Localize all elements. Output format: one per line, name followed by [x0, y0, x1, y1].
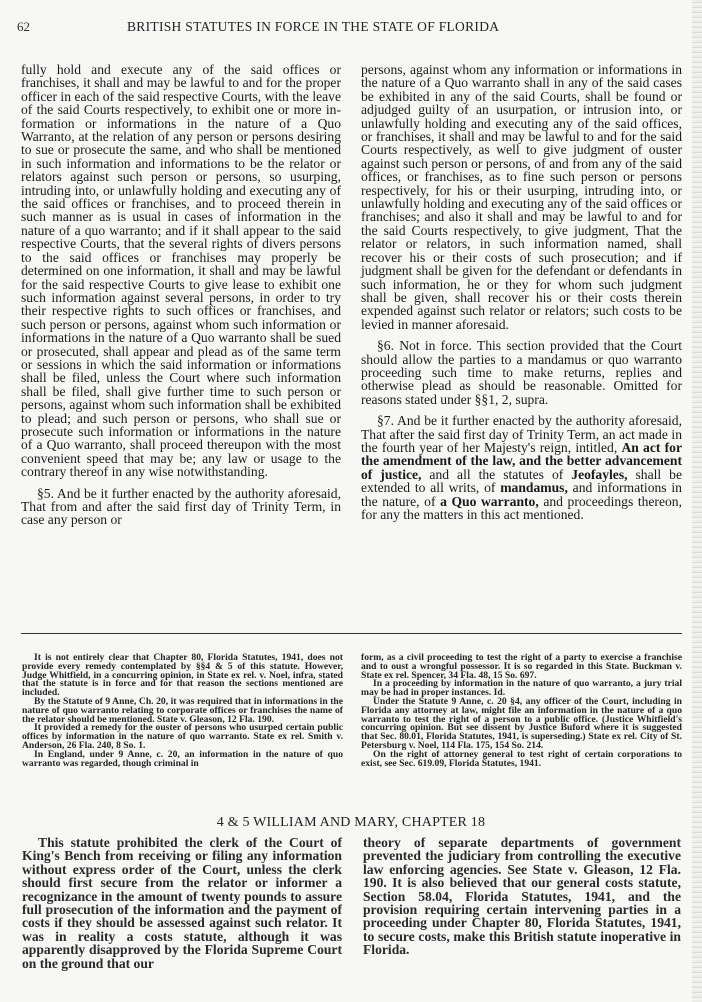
footnotes-right-column: form, as a civil proceeding to test the …: [361, 654, 682, 768]
page-header: 62 BRITISH STATUTES IN FORCE IN THE STAT…: [0, 16, 702, 36]
page-number: 62: [17, 19, 30, 35]
footnote: It is not entirely clear that Chapter 80…: [22, 654, 343, 698]
chapter-heading: 4 & 5 WILLIAM AND MARY, CHAPTER 18: [0, 815, 702, 831]
footnote: By the Statute of 9 Anne, Ch. 20, it was…: [22, 698, 343, 724]
footnotes-left-column: It is not entirely clear that Chapter 80…: [22, 654, 343, 768]
statute-text-right-column: persons, against whom any information or…: [361, 63, 682, 521]
footnote: On the right of attorney general to test…: [361, 751, 682, 769]
section-7: §7. And be it further enacted by the au­…: [361, 414, 682, 521]
footnote: In England, under 9 Anne, c. 20, an info…: [22, 751, 343, 769]
commentary-paragraph: This statute prohibited the clerk of the…: [22, 836, 342, 970]
commentary-paragraph: theory of separate departments of govern…: [363, 836, 681, 957]
footnote: It provided a remedy for the ouster of p…: [22, 724, 343, 750]
statute-paragraph: fully hold and execute any of the said o…: [21, 63, 341, 479]
section-5: §5. And be it further enacted by the au­…: [21, 487, 341, 527]
running-title: BRITISH STATUTES IN FORCE IN THE STATE O…: [127, 19, 499, 35]
section-6: §6. Not in force. This section provided …: [361, 339, 682, 406]
commentary-left-column: This statute prohibited the clerk of the…: [22, 836, 342, 970]
footnote-divider: [21, 633, 682, 634]
statute-paragraph: persons, against whom any information or…: [361, 63, 682, 331]
scanned-page-edge: [692, 0, 702, 1002]
footnote: form, as a civil proceeding to test the …: [361, 654, 682, 680]
footnote: Under the Statute 9 Anne, c. 20 §4, any …: [361, 698, 682, 751]
commentary-right-column: theory of separate departments of govern…: [363, 836, 681, 957]
statute-text-left-column: fully hold and execute any of the said o…: [21, 63, 341, 527]
